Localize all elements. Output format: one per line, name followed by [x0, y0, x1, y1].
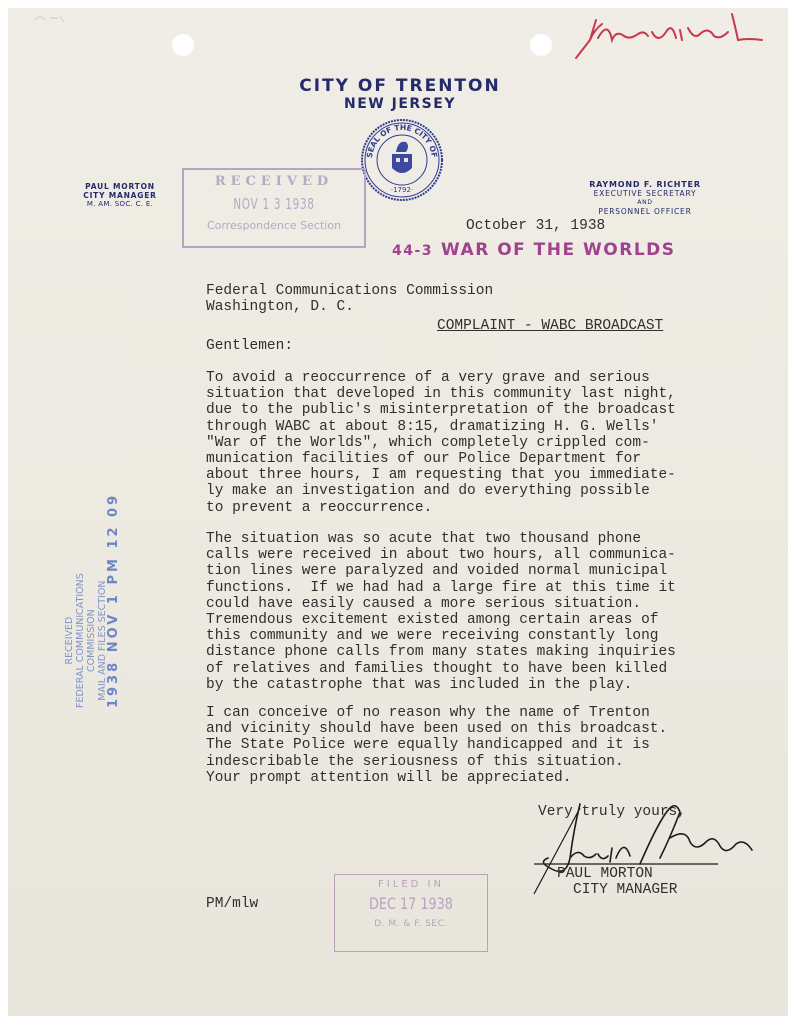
received-stamp-section: Correspondence Section — [184, 219, 364, 232]
corner-pencil-mark — [30, 12, 70, 26]
paragraph-2: The situation was so acute that two thou… — [206, 531, 676, 693]
secretary-title: EXECUTIVE SECRETARY — [570, 189, 720, 198]
fcc-stamp-line-1: RECEIVED — [64, 573, 75, 708]
fcc-stamp-line-2: FEDERAL COMMUNICATIONS — [75, 573, 86, 708]
paragraph-1: To avoid a reoccurrence of a very grave … — [206, 370, 676, 516]
manager-title: CITY MANAGER — [70, 191, 170, 200]
signer-name: PAUL MORTON — [557, 866, 677, 882]
letterhead-subtitle: NEW JERSEY — [250, 96, 550, 112]
received-stamp-label: RECEIVED — [184, 174, 364, 189]
recipient-line-2: Washington, D. C. — [206, 299, 493, 315]
signature-block: PAUL MORTONCITY MANAGER — [557, 866, 677, 898]
letterhead-right-block: RAYMOND F. RICHTER EXECUTIVE SECRETARY A… — [570, 180, 720, 216]
manager-name: PAUL MORTON — [70, 182, 170, 191]
secretary-title-2: PERSONNEL OFFICER — [570, 207, 720, 216]
paragraph-4: Your prompt attention will be appreciate… — [206, 770, 571, 786]
secretary-and: AND — [570, 198, 720, 207]
fcc-received-stamp: RECEIVED FEDERAL COMMUNICATIONS COMMISSI… — [64, 448, 120, 708]
city-seal-icon: SEAL OF THE CITY OF TRENTON ·1792· — [360, 118, 444, 202]
salutation: Gentlemen: — [206, 338, 293, 354]
punch-hole-left — [172, 34, 194, 56]
file-subject: WAR OF THE WORLDS — [441, 240, 675, 260]
fcc-stamp-date: 1938 NOV 1 PM 12 09 — [108, 448, 120, 708]
filed-stamp-section: D. M. & F. SEC. — [335, 919, 487, 929]
punch-hole-right — [530, 34, 552, 56]
recipient-line-1: Federal Communications Commission — [206, 283, 493, 299]
handwritten-annotation-red — [568, 10, 768, 70]
received-stamp-date: NOV 1 3 1938 — [211, 195, 337, 213]
filed-stamp-label: FILED IN — [335, 879, 487, 890]
secretary-name: RAYMOND F. RICHTER — [570, 180, 720, 189]
paragraph-3: I can conceive of no reason why the name… — [206, 705, 667, 770]
recipient-address: Federal Communications CommissionWashing… — [206, 283, 493, 315]
file-number: 44-3 — [392, 243, 433, 259]
signer-title: CITY MANAGER — [557, 882, 677, 898]
fcc-stamp-line-3: COMMISSION — [86, 573, 97, 708]
letter-date: October 31, 1938 — [466, 218, 605, 234]
letterhead-left-block: PAUL MORTON CITY MANAGER M. AM. SOC. C. … — [70, 182, 170, 209]
filed-stamp: FILED IN DEC 17 1938 D. M. & F. SEC. — [334, 874, 488, 952]
filed-stamp-date: DEC 17 1938 — [350, 894, 472, 913]
typist-initials: PM/mlw — [206, 896, 258, 912]
letterhead-title: CITY OF TRENTON — [250, 76, 550, 96]
received-stamp: RECEIVED NOV 1 3 1938 Correspondence Sec… — [182, 168, 366, 248]
manager-credential: M. AM. SOC. C. E. — [70, 200, 170, 209]
subject-line: COMPLAINT - WABC BROADCAST — [437, 318, 663, 334]
fcc-stamp-text: RECEIVED FEDERAL COMMUNICATIONS COMMISSI… — [64, 573, 108, 708]
file-stamp-war-of-the-worlds: 44-3WAR OF THE WORLDS — [392, 240, 742, 260]
fcc-stamp-line-4: MAIL AND FILES SECTION — [97, 573, 108, 708]
svg-text:·1792·: ·1792· — [391, 186, 413, 194]
